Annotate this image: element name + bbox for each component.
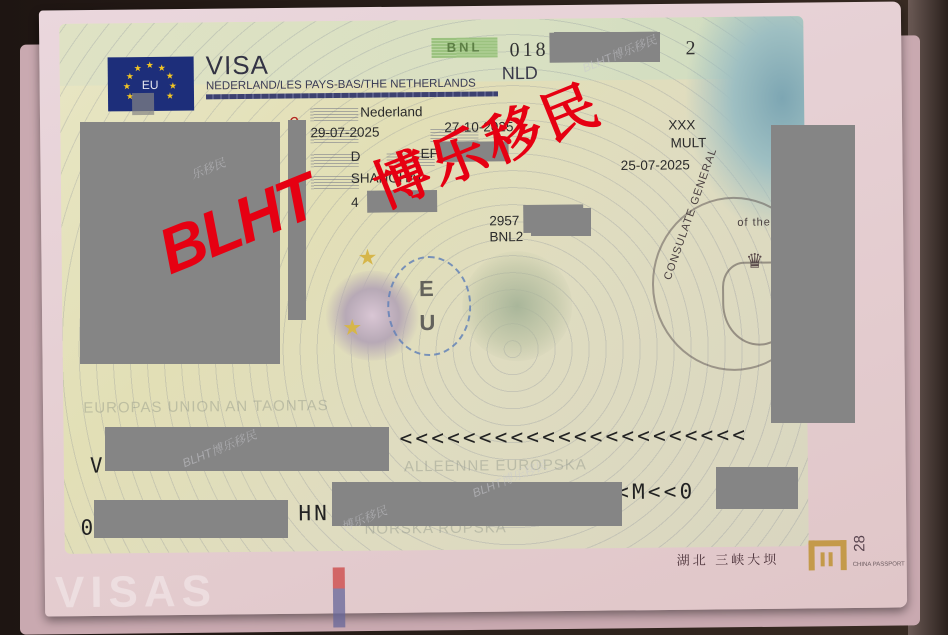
field-label-microprint <box>310 107 358 122</box>
eu-label: EU <box>142 78 159 92</box>
mrz-redaction <box>716 467 798 509</box>
field-remarks-1: 2957 <box>489 213 519 228</box>
page-number-bottom: 28 <box>852 535 869 552</box>
mrz-redaction <box>94 500 288 538</box>
security-microtext: ALLEENNE EUROPSKA <box>404 456 587 475</box>
field-date-of-issue: 25-07-2025 <box>621 157 690 173</box>
mrz-line2-mid: HN <box>298 501 330 525</box>
security-print-blob <box>462 251 573 362</box>
bnl-stamp: BNL <box>431 37 497 58</box>
field-valid-code: XXX <box>668 117 695 132</box>
visa-number-prefix: 018 <box>509 39 548 61</box>
hologram-star-icon: ★ <box>358 245 378 271</box>
mrz-line1-fill: <<<<<<<<<<<<<<<<<<<<<< <box>399 423 748 451</box>
redaction-block <box>531 208 591 236</box>
passport-label: CHINA PASSPORT <box>853 561 905 568</box>
field-valid-for: Nederland <box>360 104 422 120</box>
visas-background-print: VISAS <box>55 567 218 619</box>
page-location-caption: 湖北 三峡大坝 <box>677 549 780 569</box>
passport-emblem-icon <box>808 540 846 570</box>
security-microtext: EUROPAS UNION AN TAONTAS <box>83 397 329 417</box>
redaction-block <box>771 125 855 423</box>
visa-number: 018 2 <box>509 39 548 62</box>
eu-globe-icon: EU <box>387 256 472 357</box>
field-four: 4 <box>351 195 359 210</box>
field-type: D <box>351 149 361 164</box>
field-entries: MULT <box>670 135 706 150</box>
field-remarks-2: BNL2 <box>489 229 523 244</box>
page-ribbon <box>333 567 346 627</box>
redaction-block <box>132 93 154 115</box>
field-from: 29-07-2025 <box>310 125 379 141</box>
hologram-star-icon: ★ <box>342 315 362 341</box>
visa-number-suffix: 2 <box>685 37 698 60</box>
mrz-line2-tail: <M<<0 <box>616 479 695 504</box>
mrz-line1-start: V <box>90 453 106 477</box>
visa-title: VISA <box>206 50 270 82</box>
